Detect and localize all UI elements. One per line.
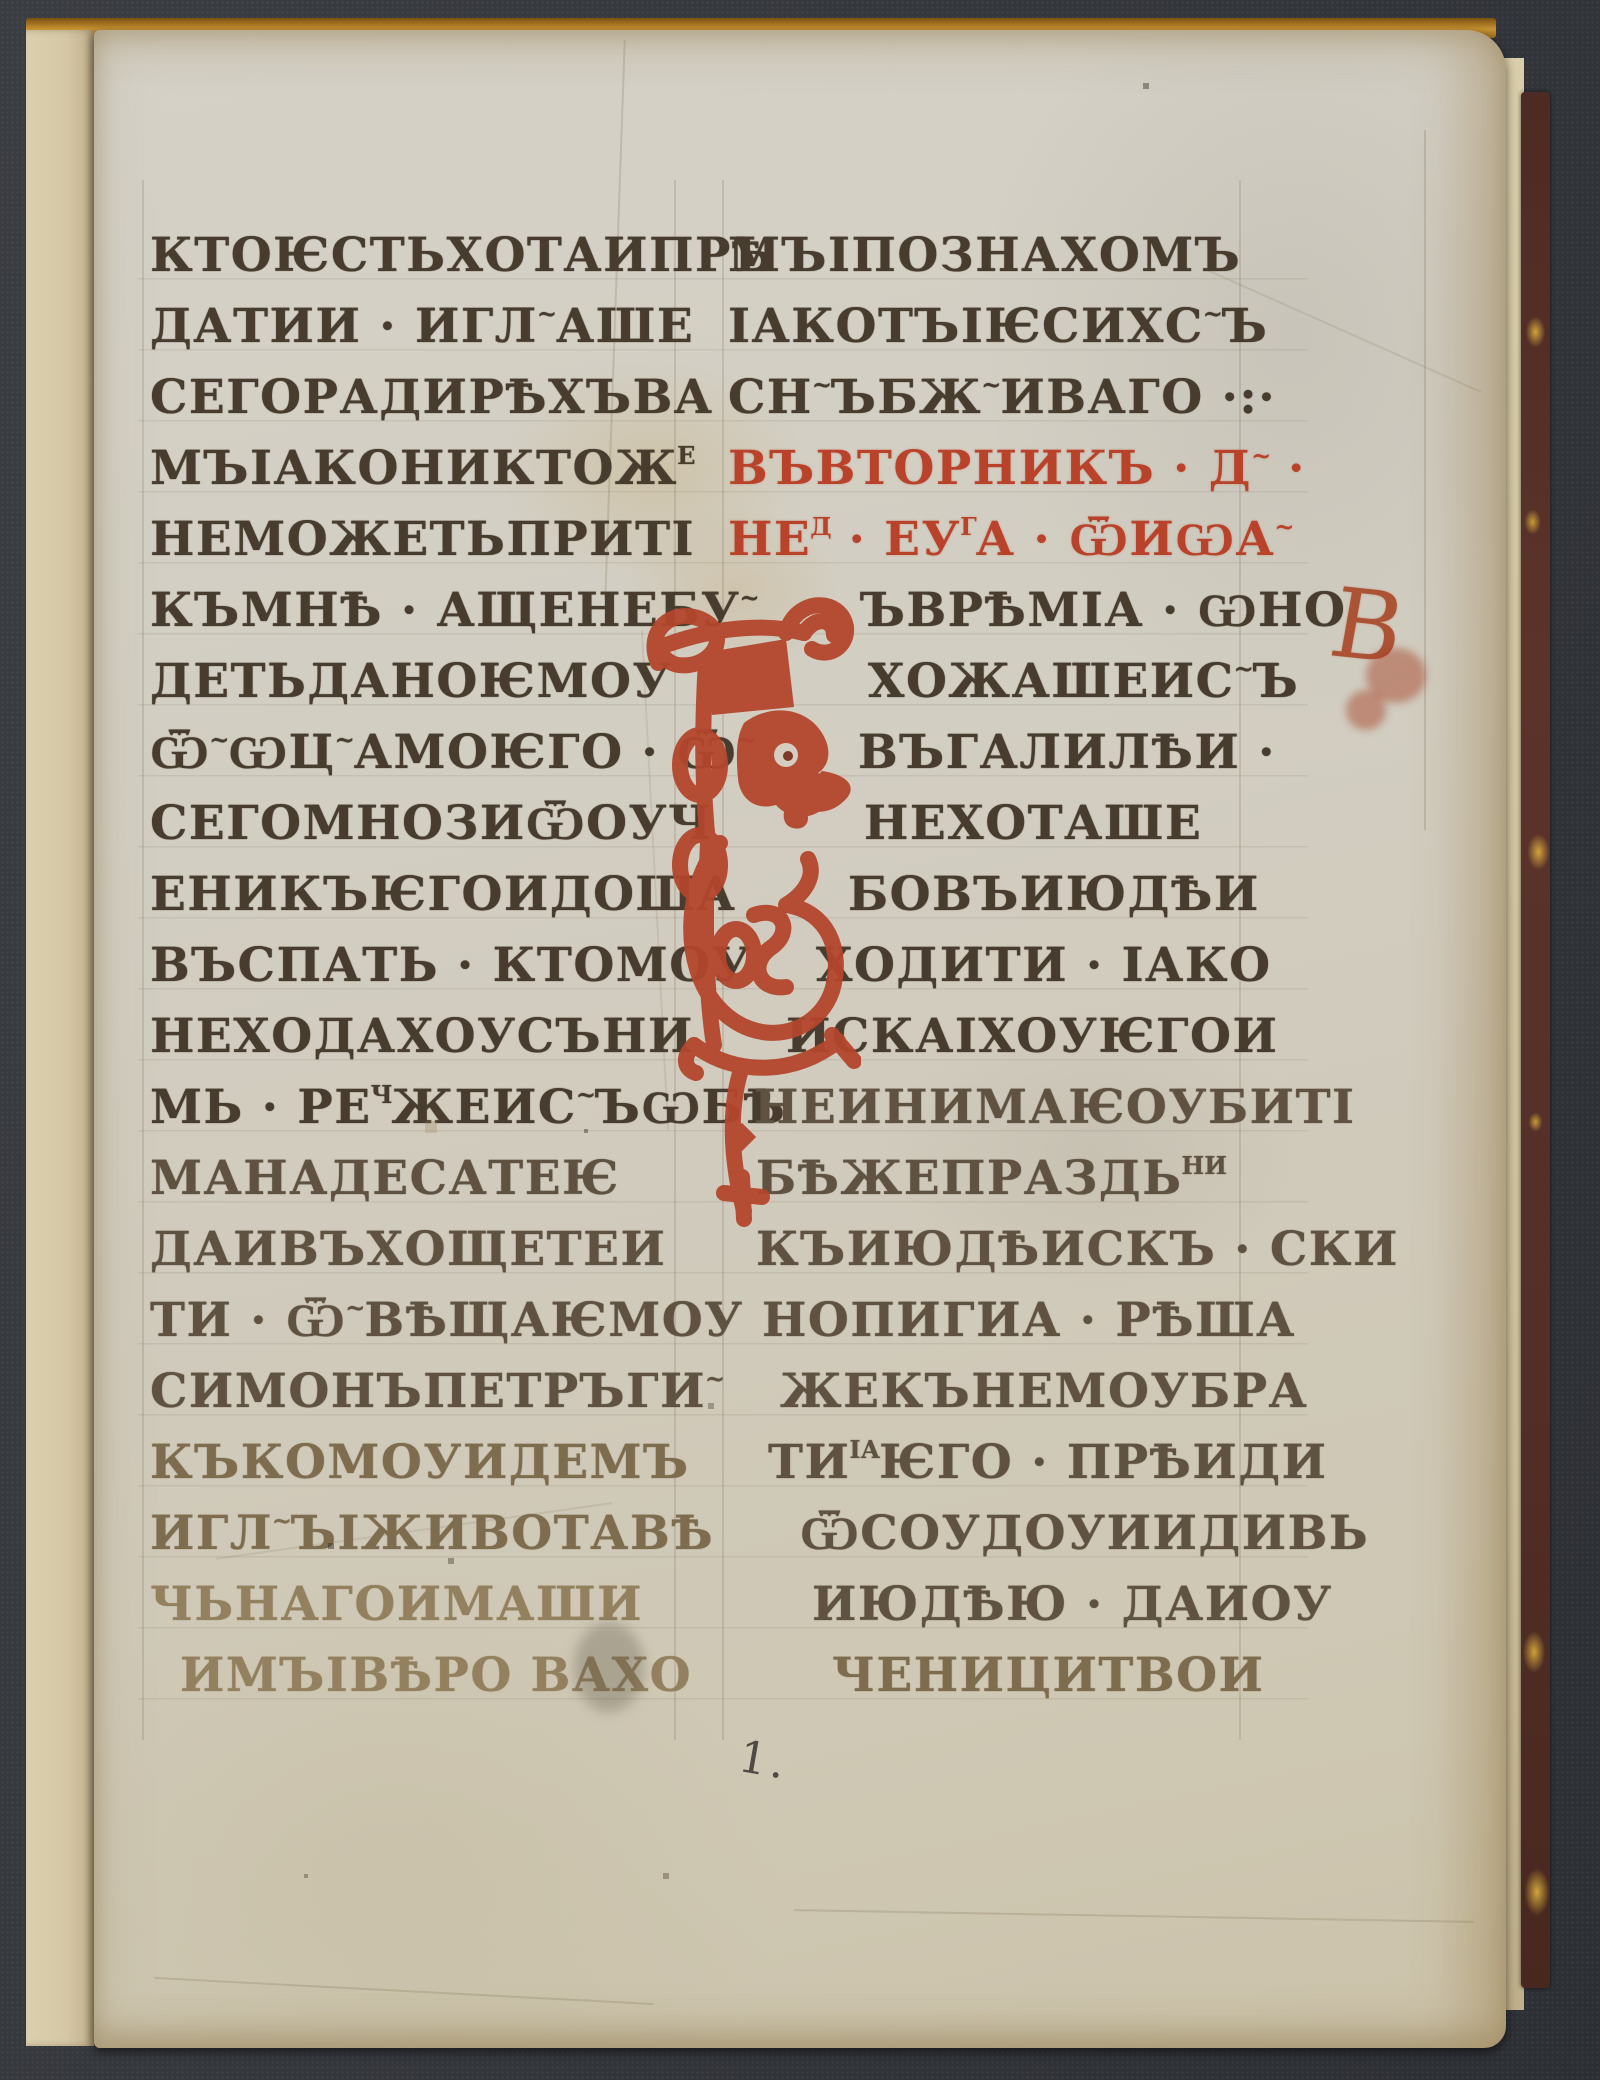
superscript-letter: ~ bbox=[705, 1364, 725, 1393]
text-line: КЪКОМОУИДЕМЪ bbox=[150, 1437, 690, 1489]
superscript-letter: Д bbox=[810, 512, 831, 541]
superscript-letter: ~ bbox=[1274, 512, 1294, 541]
text-line: ѾСОУДОУИИДИВЬ bbox=[800, 1508, 1369, 1560]
text-line: ДАИВЪХОЩЕТЕИ bbox=[150, 1224, 666, 1276]
text-line: СИМОНЪПЕТРЪГИ~ bbox=[150, 1366, 724, 1425]
text-line: БОВЪИЮДѢИ bbox=[848, 869, 1260, 921]
text-line: ИЮДѢЮ · ДАИОУ bbox=[812, 1579, 1333, 1631]
red-ink-smudge bbox=[1346, 690, 1386, 730]
superscript-letter: ~ bbox=[812, 370, 832, 399]
superscript-letter: ~ bbox=[537, 299, 557, 328]
parchment-specks bbox=[94, 30, 96, 32]
superscript-letter: Ч bbox=[371, 1080, 393, 1109]
superscript-letter: ~ bbox=[1234, 654, 1254, 683]
text-line: СЕГОМНОЗИѾОУЧ bbox=[150, 798, 713, 850]
flyleaf-edge bbox=[26, 30, 94, 2046]
text-line: ТИІАѤГО · ПРѢИДИ bbox=[768, 1437, 1328, 1496]
photo-background: КТОѤСТЬХОТАИПРѢДАТИИ · ИГЛ~АШЕСЕГОРАДИРѢ… bbox=[0, 0, 1600, 2080]
text-line: СЕГОРАДИРѢХЪВА bbox=[150, 372, 714, 424]
text-line: ІАКОТЪІѤСИХС~Ъ bbox=[728, 301, 1268, 360]
text-line: ЧЬНАГОИМАШИ bbox=[150, 1579, 643, 1631]
text-line: СН~ЪБЖ~ИВАГО ·:· bbox=[728, 372, 1276, 431]
text-line: ЧЕНИЦИТВОИ bbox=[832, 1650, 1264, 1702]
parchment-page: КТОѤСТЬХОТАИПРѢДАТИИ · ИГЛ~АШЕСЕГОРАДИРѢ… bbox=[94, 30, 1506, 2048]
text-line: МЪІПОЗНАХОМЪ bbox=[728, 230, 1241, 282]
text-line: ВЪГАЛИЛѢИ · bbox=[858, 727, 1276, 779]
superscript-letter: Г bbox=[960, 512, 977, 541]
text-line: ДЕТЬДАНОѤМОУ bbox=[150, 656, 672, 708]
superscript-letter: ~ bbox=[209, 725, 229, 754]
text-line: ВЪВТОРНИКЪ · Д~ · bbox=[728, 443, 1306, 502]
superscript-letter: ~ bbox=[1251, 441, 1271, 470]
parchment-crease bbox=[794, 1909, 1474, 1923]
superscript-letter: ~ bbox=[576, 1080, 596, 1109]
text-line: ХОЖАШЕИС~Ъ bbox=[868, 656, 1299, 715]
text-line: ХОДИТИ · ІАКО bbox=[816, 940, 1272, 992]
text-line: МАНАДЕСАТЕѤ bbox=[150, 1153, 620, 1205]
marbled-binding-edge bbox=[1521, 92, 1550, 1988]
ornamental-initial-v bbox=[636, 575, 861, 1235]
text-line: ТИ · Ѿ~ВѢЩАѤМОУ bbox=[150, 1295, 744, 1354]
superscript-letter: Е bbox=[677, 441, 695, 470]
text-line: ДАТИИ · ИГЛ~АШЕ bbox=[150, 301, 694, 360]
superscript-letter: ~ bbox=[1203, 299, 1223, 328]
folio-number: 1. bbox=[735, 1731, 793, 1790]
text-line: НЕМОЖЕТЬПРИТІ bbox=[150, 514, 695, 566]
text-line: КТОѤСТЬХОТАИПРѢ bbox=[150, 230, 775, 282]
parchment-crease bbox=[1424, 130, 1426, 830]
superscript-letter: ~ bbox=[345, 1293, 365, 1322]
ruling-vertical bbox=[142, 180, 144, 1740]
text-line: МЪІАКОНИКТОЖЕ bbox=[150, 443, 694, 502]
superscript-letter: ІА bbox=[849, 1435, 880, 1464]
parchment-crease bbox=[154, 1977, 653, 2005]
text-line: ЖЕКЪНЕМОУБРА bbox=[780, 1366, 1308, 1418]
superscript-letter: ~ bbox=[981, 370, 1001, 399]
superscript-letter: НИ bbox=[1182, 1151, 1227, 1180]
text-line: НОПИГИА · РѢША bbox=[762, 1295, 1296, 1347]
ink-smear bbox=[574, 1622, 644, 1712]
superscript-letter: ~ bbox=[335, 725, 355, 754]
superscript-letter: ~ bbox=[272, 1506, 292, 1535]
text-line: НЕХОТАШЕ bbox=[864, 798, 1202, 850]
text-line: НЕД · ЕУГА · ѾИѠА~ bbox=[728, 514, 1293, 573]
text-line: НЕХОДАХОУСЪНИ bbox=[150, 1011, 694, 1063]
text-line: ЪВРѢМІА · ѠНО bbox=[860, 585, 1346, 637]
text-line: ИГЛ~ЪІЖИВОТАВѢ bbox=[150, 1508, 714, 1567]
